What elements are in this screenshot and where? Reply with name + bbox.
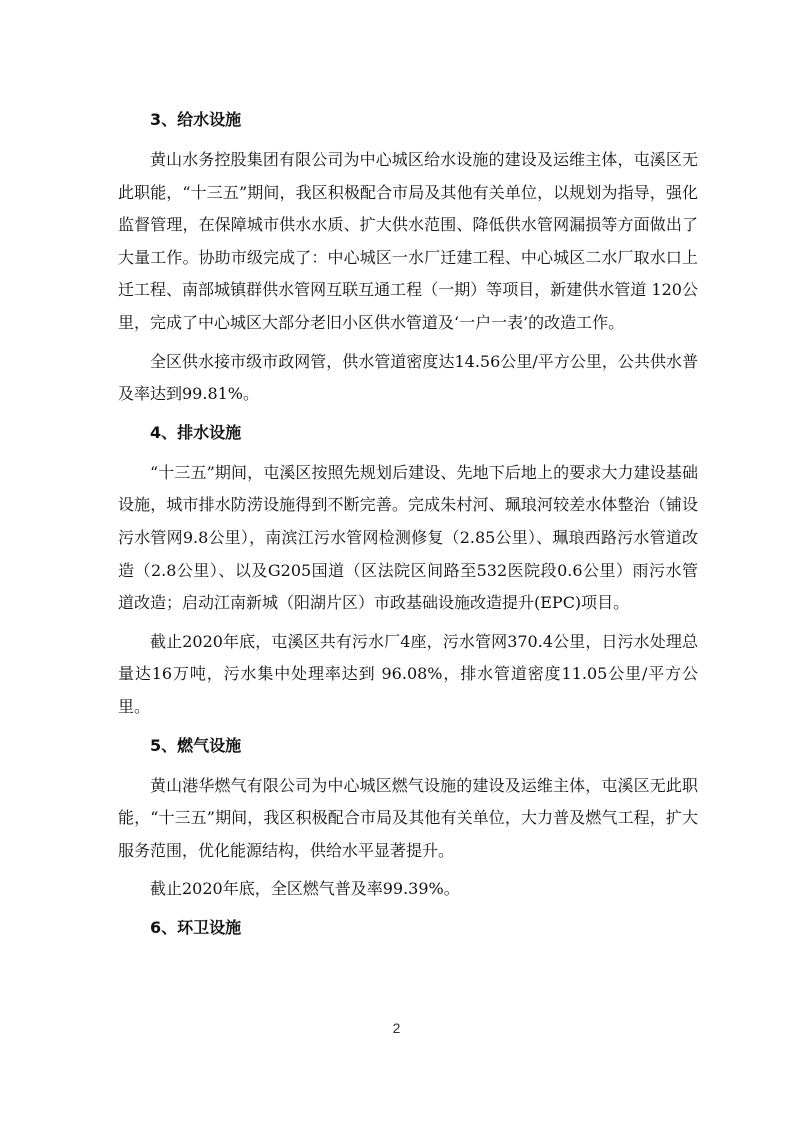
paragraph: 全区供水接市级市政网管，供水管道密度达14.56公里/平方公里，公共供水普及率达… [118, 346, 698, 417]
section-heading: 6、环卫设施 [118, 912, 698, 952]
paragraph: 黄山水务控股集团有限公司为中心城区给水设施的建设及运维主体，屯溪区无此职能，“十… [118, 144, 698, 346]
section-heading: 5、燃气设施 [118, 730, 698, 770]
section-drainage: 4、排水设施 “十三五”期间，屯溪区按照先规划后建设、先地下后地上的要求大力建设… [118, 417, 698, 730]
page-number: 2 [0, 1020, 793, 1036]
section-heading: 3、给水设施 [118, 104, 698, 144]
section-water-supply: 3、给水设施 黄山水务控股集团有限公司为中心城区给水设施的建设及运维主体，屯溪区… [118, 104, 698, 417]
paragraph: 截止2020年底，屯溪区共有污水厂4座，污水管网370.4公里，日污水处理总量达… [118, 626, 698, 730]
section-gas: 5、燃气设施 黄山港华燃气有限公司为中心城区燃气设施的建设及运维主体，屯溪区无此… [118, 730, 698, 912]
section-heading: 4、排水设施 [118, 417, 698, 457]
document-page: 3、给水设施 黄山水务控股集团有限公司为中心城区给水设施的建设及运维主体，屯溪区… [118, 104, 698, 952]
paragraph: 黄山港华燃气有限公司为中心城区燃气设施的建设及运维主体，屯溪区无此职能，“十三五… [118, 770, 698, 874]
paragraph: “十三五”期间，屯溪区按照先规划后建设、先地下后地上的要求大力建设基础设施，城市… [118, 457, 698, 626]
paragraph: 截止2020年底，全区燃气普及率99.39%。 [118, 873, 698, 912]
section-sanitation: 6、环卫设施 [118, 912, 698, 952]
